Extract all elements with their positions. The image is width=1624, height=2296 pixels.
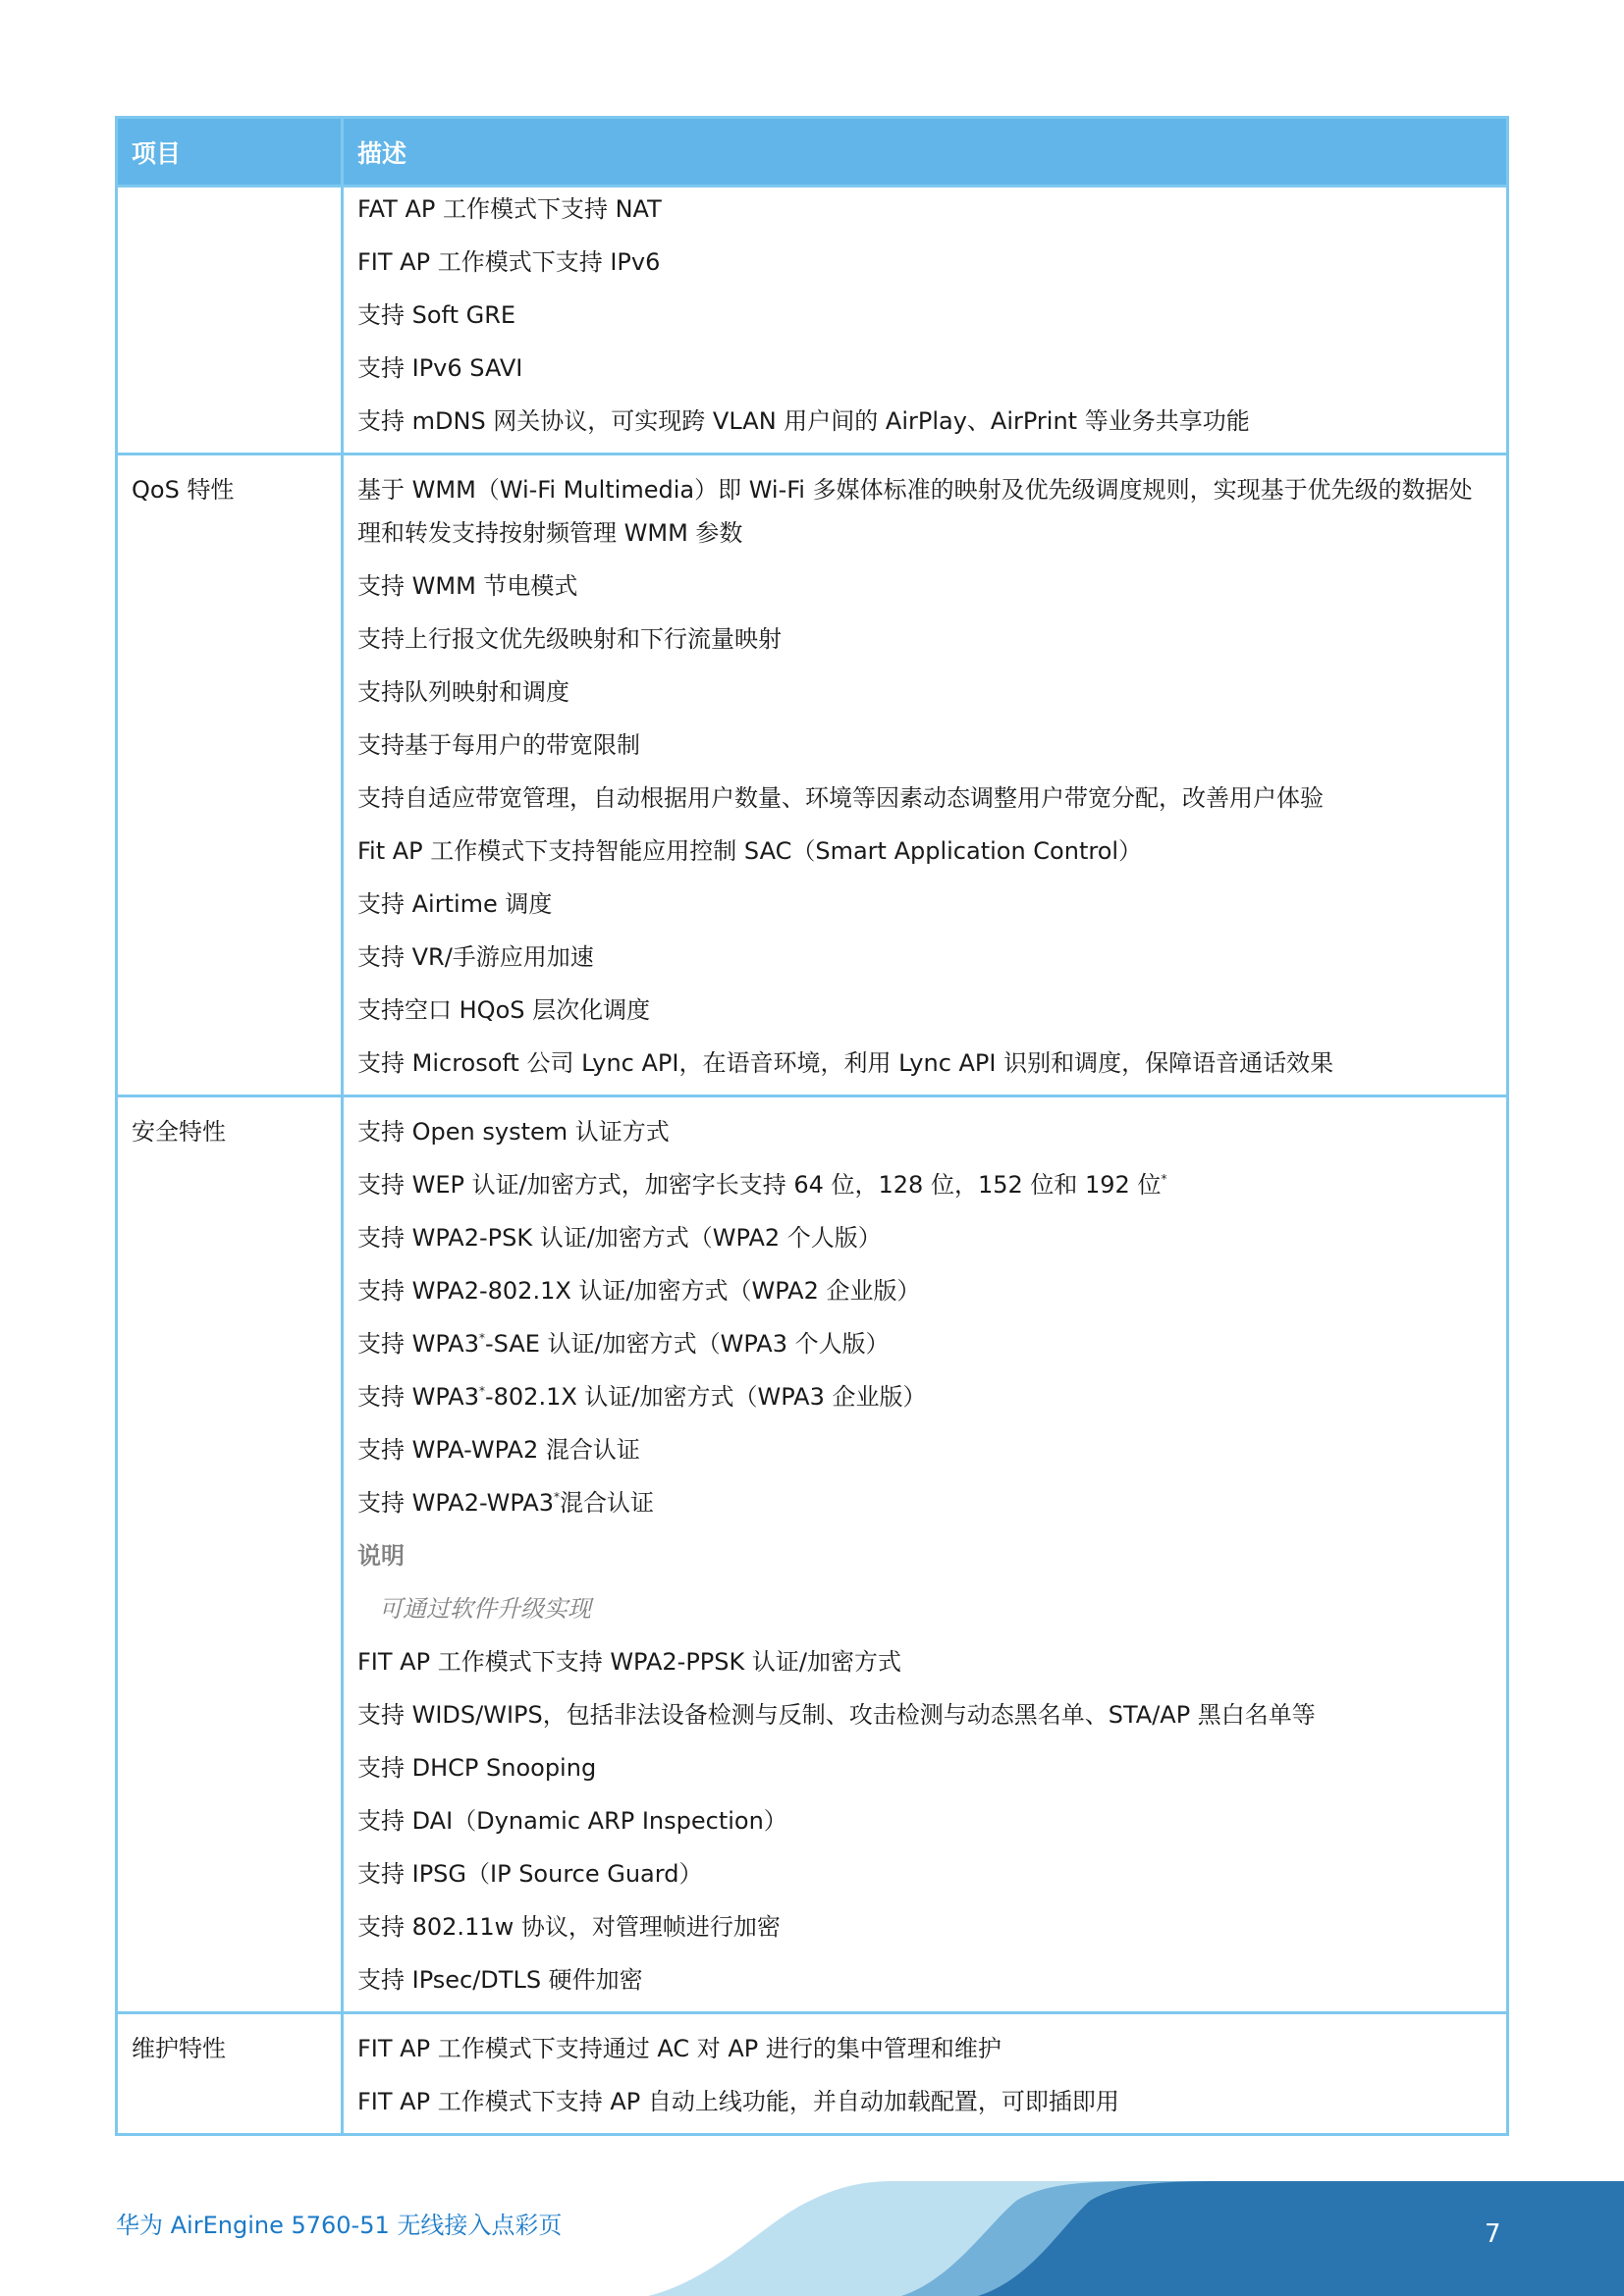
description-cell: 支持 Open system 认证方式 支持 WEP 认证/加密方式，加密字长支… bbox=[343, 1096, 1508, 2013]
list-item: 支持 Airtime 调度 bbox=[357, 882, 1487, 926]
list-item: 支持 DAI（Dynamic ARP Inspection） bbox=[357, 1799, 1487, 1842]
item-cell: QoS 特性 bbox=[117, 454, 343, 1096]
list-item: 基于 WMM（Wi-Fi Multimedia）即 Wi-Fi 多媒体标准的映射… bbox=[357, 468, 1487, 555]
list-item: 支持上行报文优先级映射和下行流量映射 bbox=[357, 617, 1487, 661]
list-item: 支持空口 HQoS 层次化调度 bbox=[357, 988, 1487, 1032]
list-item: 支持 WPA2-PSK 认证/加密方式（WPA2 个人版） bbox=[357, 1216, 1487, 1259]
item-cell: 安全特性 bbox=[117, 1096, 343, 2013]
note-title: 说明 bbox=[357, 1534, 1487, 1577]
list-item: 支持 DHCP Snooping bbox=[357, 1746, 1487, 1789]
list-item: 支持 WMM 节电模式 bbox=[357, 564, 1487, 608]
list-item: 支持 WPA2-802.1X 认证/加密方式（WPA2 企业版） bbox=[357, 1269, 1487, 1312]
note-body: 可通过软件升级实现 bbox=[357, 1587, 1487, 1630]
item-cell bbox=[117, 187, 343, 454]
list-item: 支持自适应带宽管理，自动根据用户数量、环境等因素动态调整用户带宽分配，改善用户体… bbox=[357, 776, 1487, 820]
footnote-marker: * bbox=[479, 1331, 485, 1345]
list-item: FIT AP 工作模式下支持通过 AC 对 AP 进行的集中管理和维护 bbox=[357, 2027, 1487, 2070]
list-item: 支持 IPv6 SAVI bbox=[357, 347, 1487, 390]
list-item: 支持 Soft GRE bbox=[357, 294, 1487, 337]
footnote-marker: * bbox=[479, 1384, 485, 1398]
list-item: 支持队列映射和调度 bbox=[357, 670, 1487, 714]
table-header-row: 项目 描述 bbox=[117, 118, 1508, 187]
list-item: FIT AP 工作模式下支持 IPv6 bbox=[357, 240, 1487, 284]
list-item: 支持 802.11w 协议，对管理帧进行加密 bbox=[357, 1905, 1487, 1949]
list-item: Fit AP 工作模式下支持智能应用控制 SAC（Smart Applicati… bbox=[357, 829, 1487, 873]
item-cell: 维护特性 bbox=[117, 2013, 343, 2135]
list-item: 支持 mDNS 网关协议，可实现跨 VLAN 用户间的 AirPlay、AirP… bbox=[357, 400, 1487, 443]
list-item: 支持 WPA-WPA2 混合认证 bbox=[357, 1428, 1487, 1471]
list-item: FAT AP 工作模式下支持 NAT bbox=[357, 187, 1487, 231]
list-item: 支持 WEP 认证/加密方式，加密字长支持 64 位，128 位，152 位和 … bbox=[357, 1163, 1487, 1206]
list-item: 支持 WPA3*-802.1X 认证/加密方式（WPA3 企业版） bbox=[357, 1375, 1487, 1418]
description-cell: FAT AP 工作模式下支持 NAT FIT AP 工作模式下支持 IPv6 支… bbox=[343, 187, 1508, 454]
spec-table: 项目 描述 FAT AP 工作模式下支持 NAT FIT AP 工作模式下支持 … bbox=[115, 116, 1509, 2136]
description-cell: FIT AP 工作模式下支持通过 AC 对 AP 进行的集中管理和维护 FIT … bbox=[343, 2013, 1508, 2135]
list-item: 支持 WIDS/WIPS，包括非法设备检测与反制、攻击检测与动态黑名单、STA/… bbox=[357, 1693, 1487, 1736]
footer-wave-decoration bbox=[638, 2181, 1624, 2296]
list-item: FIT AP 工作模式下支持 AP 自动上线功能，并自动加载配置，可即插即用 bbox=[357, 2080, 1487, 2123]
table-row-qos: QoS 特性 基于 WMM（Wi-Fi Multimedia）即 Wi-Fi 多… bbox=[117, 454, 1508, 1096]
footnote-marker: * bbox=[554, 1490, 560, 1504]
list-item: 支持 IPSG（IP Source Guard） bbox=[357, 1852, 1487, 1896]
description-cell: 基于 WMM（Wi-Fi Multimedia）即 Wi-Fi 多媒体标准的映射… bbox=[343, 454, 1508, 1096]
footnote-marker: * bbox=[1161, 1172, 1166, 1186]
list-item: 支持基于每用户的带宽限制 bbox=[357, 723, 1487, 767]
list-item: 支持 VR/手游应用加速 bbox=[357, 935, 1487, 979]
footer-document-title: 华为 AirEngine 5760-51 无线接入点彩页 bbox=[116, 2209, 562, 2242]
table-row-network-continued: FAT AP 工作模式下支持 NAT FIT AP 工作模式下支持 IPv6 支… bbox=[117, 187, 1508, 454]
table-row-maintenance: 维护特性 FIT AP 工作模式下支持通过 AC 对 AP 进行的集中管理和维护… bbox=[117, 2013, 1508, 2135]
list-item: FIT AP 工作模式下支持 WPA2-PPSK 认证/加密方式 bbox=[357, 1640, 1487, 1683]
header-description: 描述 bbox=[343, 118, 1508, 187]
list-item: 支持 WPA3*-SAE 认证/加密方式（WPA3 个人版） bbox=[357, 1322, 1487, 1365]
list-item: 支持 Microsoft 公司 Lync API，在语音环境，利用 Lync A… bbox=[357, 1041, 1487, 1085]
list-item: 支持 Open system 认证方式 bbox=[357, 1110, 1487, 1153]
header-item: 项目 bbox=[117, 118, 343, 187]
page-number: 7 bbox=[1485, 2216, 1501, 2252]
list-item: 支持 WPA2-WPA3*混合认证 bbox=[357, 1481, 1487, 1524]
table-row-security: 安全特性 支持 Open system 认证方式 支持 WEP 认证/加密方式，… bbox=[117, 1096, 1508, 2013]
list-item: 支持 IPsec/DTLS 硬件加密 bbox=[357, 1958, 1487, 2002]
